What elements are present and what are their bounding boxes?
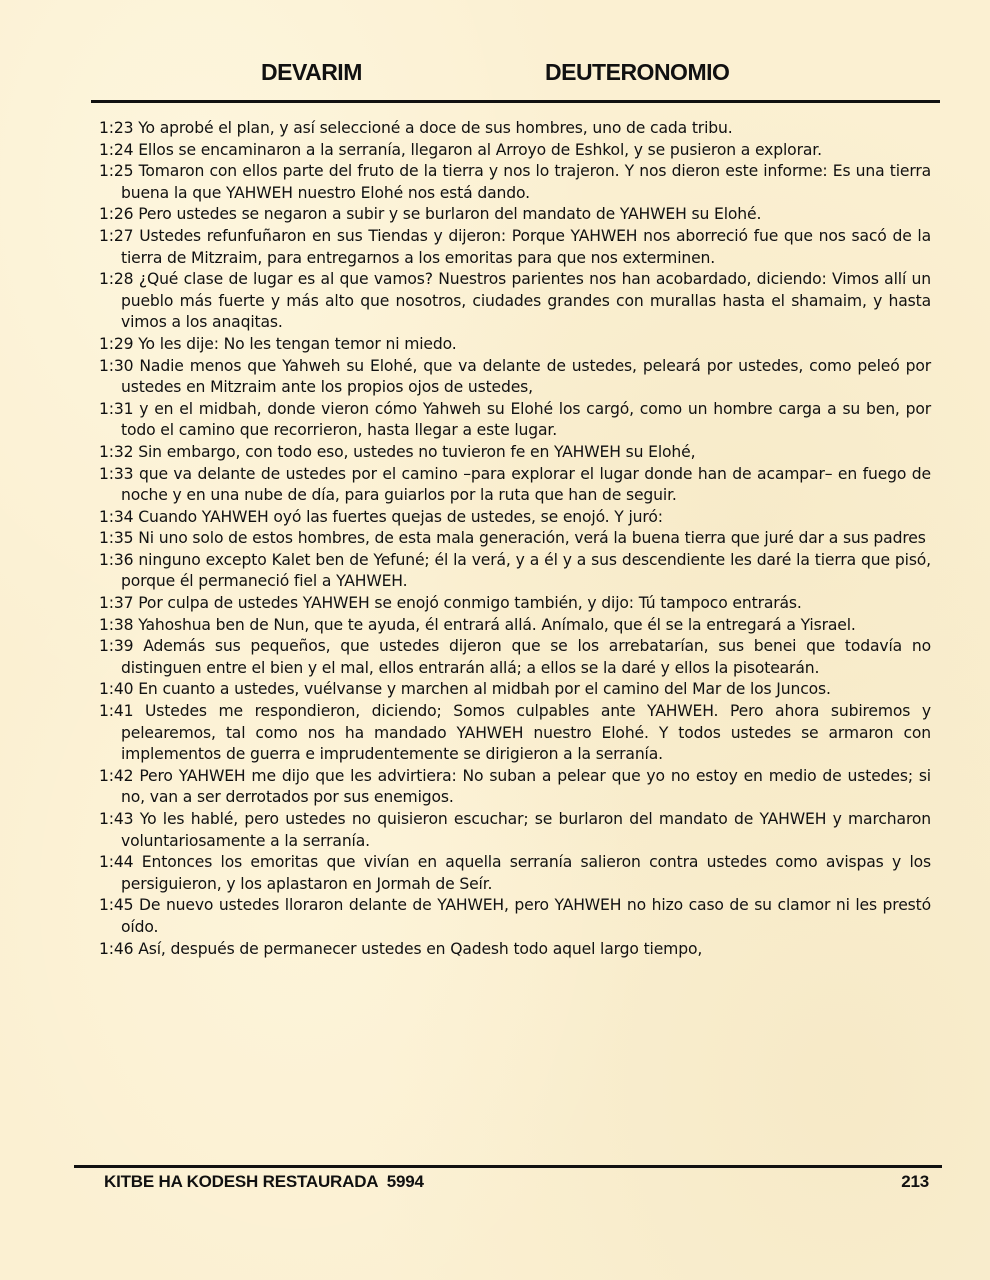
verse-text: Sin embargo, con todo eso, ustedes no tu… <box>138 443 695 461</box>
verse-number: 1:32 <box>99 443 133 461</box>
footer-divider <box>74 1165 942 1168</box>
verse-number: 1:23 <box>99 119 133 137</box>
verse-number: 1:40 <box>99 680 133 698</box>
footer-book-title: KITBE HA KODESH RESTAURADA 5994 <box>104 1171 424 1193</box>
verse: 1:43 Yo les hablé, pero ustedes no quisi… <box>99 809 931 852</box>
verse-number: 1:25 <box>99 162 133 180</box>
verse-number: 1:36 <box>99 551 133 569</box>
verse-number: 1:30 <box>99 357 133 375</box>
verse: 1:30 Nadie menos que Yahweh su Elohé, qu… <box>99 356 931 399</box>
verse: 1:33 que va delante de ustedes por el ca… <box>99 464 931 507</box>
verse: 1:28 ¿Qué clase de lugar es al que vamos… <box>99 269 931 334</box>
page-number: 213 <box>901 1171 929 1193</box>
verse-number: 1:37 <box>99 594 133 612</box>
verse: 1:38 Yahoshua ben de Nun, que te ayuda, … <box>99 615 931 637</box>
verse-number: 1:38 <box>99 616 133 634</box>
verse-text: Por culpa de ustedes YAHWEH se enojó con… <box>138 594 801 612</box>
verse-text: Yo aprobé el plan, y así seleccioné a do… <box>138 119 732 137</box>
running-head-hebrew-title: DEVARIM <box>261 56 362 88</box>
verse-text: ¿Qué clase de lugar es al que vamos? Nue… <box>121 270 931 331</box>
verse-text: Así, después de permanecer ustedes en Qa… <box>138 940 702 958</box>
verse-number: 1:26 <box>99 205 133 223</box>
verse-text: Tomaron con ellos parte del fruto de la … <box>121 162 931 202</box>
verse-text: Nadie menos que Yahweh su Elohé, que va … <box>121 357 931 397</box>
verse-text: y en el midbah, donde vieron cómo Yahweh… <box>121 400 931 440</box>
verse-number: 1:42 <box>99 767 133 785</box>
verse-number: 1:45 <box>99 896 133 914</box>
verse-number: 1:27 <box>99 227 133 245</box>
verse: 1:26 Pero ustedes se negaron a subir y s… <box>99 204 931 226</box>
verse-text: Pero ustedes se negaron a subir y se bur… <box>138 205 761 223</box>
verse: 1:37 Por culpa de ustedes YAHWEH se enoj… <box>99 593 931 615</box>
verse-text: Pero YAHWEH me dijo que les advirtiera: … <box>121 767 931 807</box>
verse: 1:39 Además sus pequeños, que ustedes di… <box>99 636 931 679</box>
verse-number: 1:31 <box>99 400 133 418</box>
verse: 1:42 Pero YAHWEH me dijo que les advirti… <box>99 766 931 809</box>
verse: 1:35 Ni uno solo de estos hombres, de es… <box>99 528 931 550</box>
verse-number: 1:41 <box>99 702 133 720</box>
verse-number: 1:34 <box>99 508 133 526</box>
verse-text: De nuevo ustedes lloraron delante de YAH… <box>121 896 931 936</box>
verse: 1:40 En cuanto a ustedes, vuélvanse y ma… <box>99 679 931 701</box>
verse-text: Ni uno solo de estos hombres, de esta ma… <box>138 529 925 547</box>
verse-text: ninguno excepto Kalet ben de Yefuné; él … <box>121 551 931 591</box>
verse: 1:44 Entonces los emoritas que vivían en… <box>99 852 931 895</box>
verse-number: 1:28 <box>99 270 133 288</box>
verse-number: 1:43 <box>99 810 133 828</box>
verse-text: Cuando YAHWEH oyó las fuertes quejas de … <box>138 508 663 526</box>
verse: 1:32 Sin embargo, con todo eso, ustedes … <box>99 442 931 464</box>
verse-text: Además sus pequeños, que ustedes dijeron… <box>121 637 931 677</box>
verse: 1:24 Ellos se encaminaron a la serranía,… <box>99 140 931 162</box>
verse-text: Yo les dije: No les tengan temor ni mied… <box>138 335 456 353</box>
verse-list: 1:23 Yo aprobé el plan, y así seleccioné… <box>99 118 931 960</box>
verse-text: En cuanto a ustedes, vuélvanse y marchen… <box>138 680 831 698</box>
verse-number: 1:33 <box>99 465 133 483</box>
verse-text: Entonces los emoritas que vivían en aque… <box>121 853 931 893</box>
verse: 1:46 Así, después de permanecer ustedes … <box>99 939 931 961</box>
verse-text: Ustedes me respondieron, diciendo; Somos… <box>121 702 931 763</box>
verse: 1:23 Yo aprobé el plan, y así seleccioné… <box>99 118 931 140</box>
verse-number: 1:29 <box>99 335 133 353</box>
verse-text: Yo les hablé, pero ustedes no quisieron … <box>121 810 931 850</box>
verse: 1:25 Tomaron con ellos parte del fruto d… <box>99 161 931 204</box>
running-head-spanish-title: DEUTERONOMIO <box>545 56 729 88</box>
verse: 1:41 Ustedes me respondieron, diciendo; … <box>99 701 931 766</box>
verse: 1:36 ninguno excepto Kalet ben de Yefuné… <box>99 550 931 593</box>
verse-text: que va delante de ustedes por el camino … <box>121 465 931 505</box>
verse-text: Yahoshua ben de Nun, que te ayuda, él en… <box>138 616 855 634</box>
verse-text: Ellos se encaminaron a la serranía, lleg… <box>138 141 822 159</box>
verse: 1:31 y en el midbah, donde vieron cómo Y… <box>99 399 931 442</box>
verse-number: 1:44 <box>99 853 133 871</box>
verse-text: Ustedes refunfuñaron en sus Tiendas y di… <box>121 227 931 267</box>
verse: 1:29 Yo les dije: No les tengan temor ni… <box>99 334 931 356</box>
verse: 1:34 Cuando YAHWEH oyó las fuertes queja… <box>99 507 931 529</box>
verse: 1:27 Ustedes refunfuñaron en sus Tiendas… <box>99 226 931 269</box>
verse-number: 1:35 <box>99 529 133 547</box>
verse-number: 1:24 <box>99 141 133 159</box>
verse: 1:45 De nuevo ustedes lloraron delante d… <box>99 895 931 938</box>
page-header: DEVARIM DEUTERONOMIO <box>0 56 990 92</box>
header-divider <box>91 100 940 103</box>
verse-number: 1:39 <box>99 637 133 655</box>
verse-number: 1:46 <box>99 940 133 958</box>
